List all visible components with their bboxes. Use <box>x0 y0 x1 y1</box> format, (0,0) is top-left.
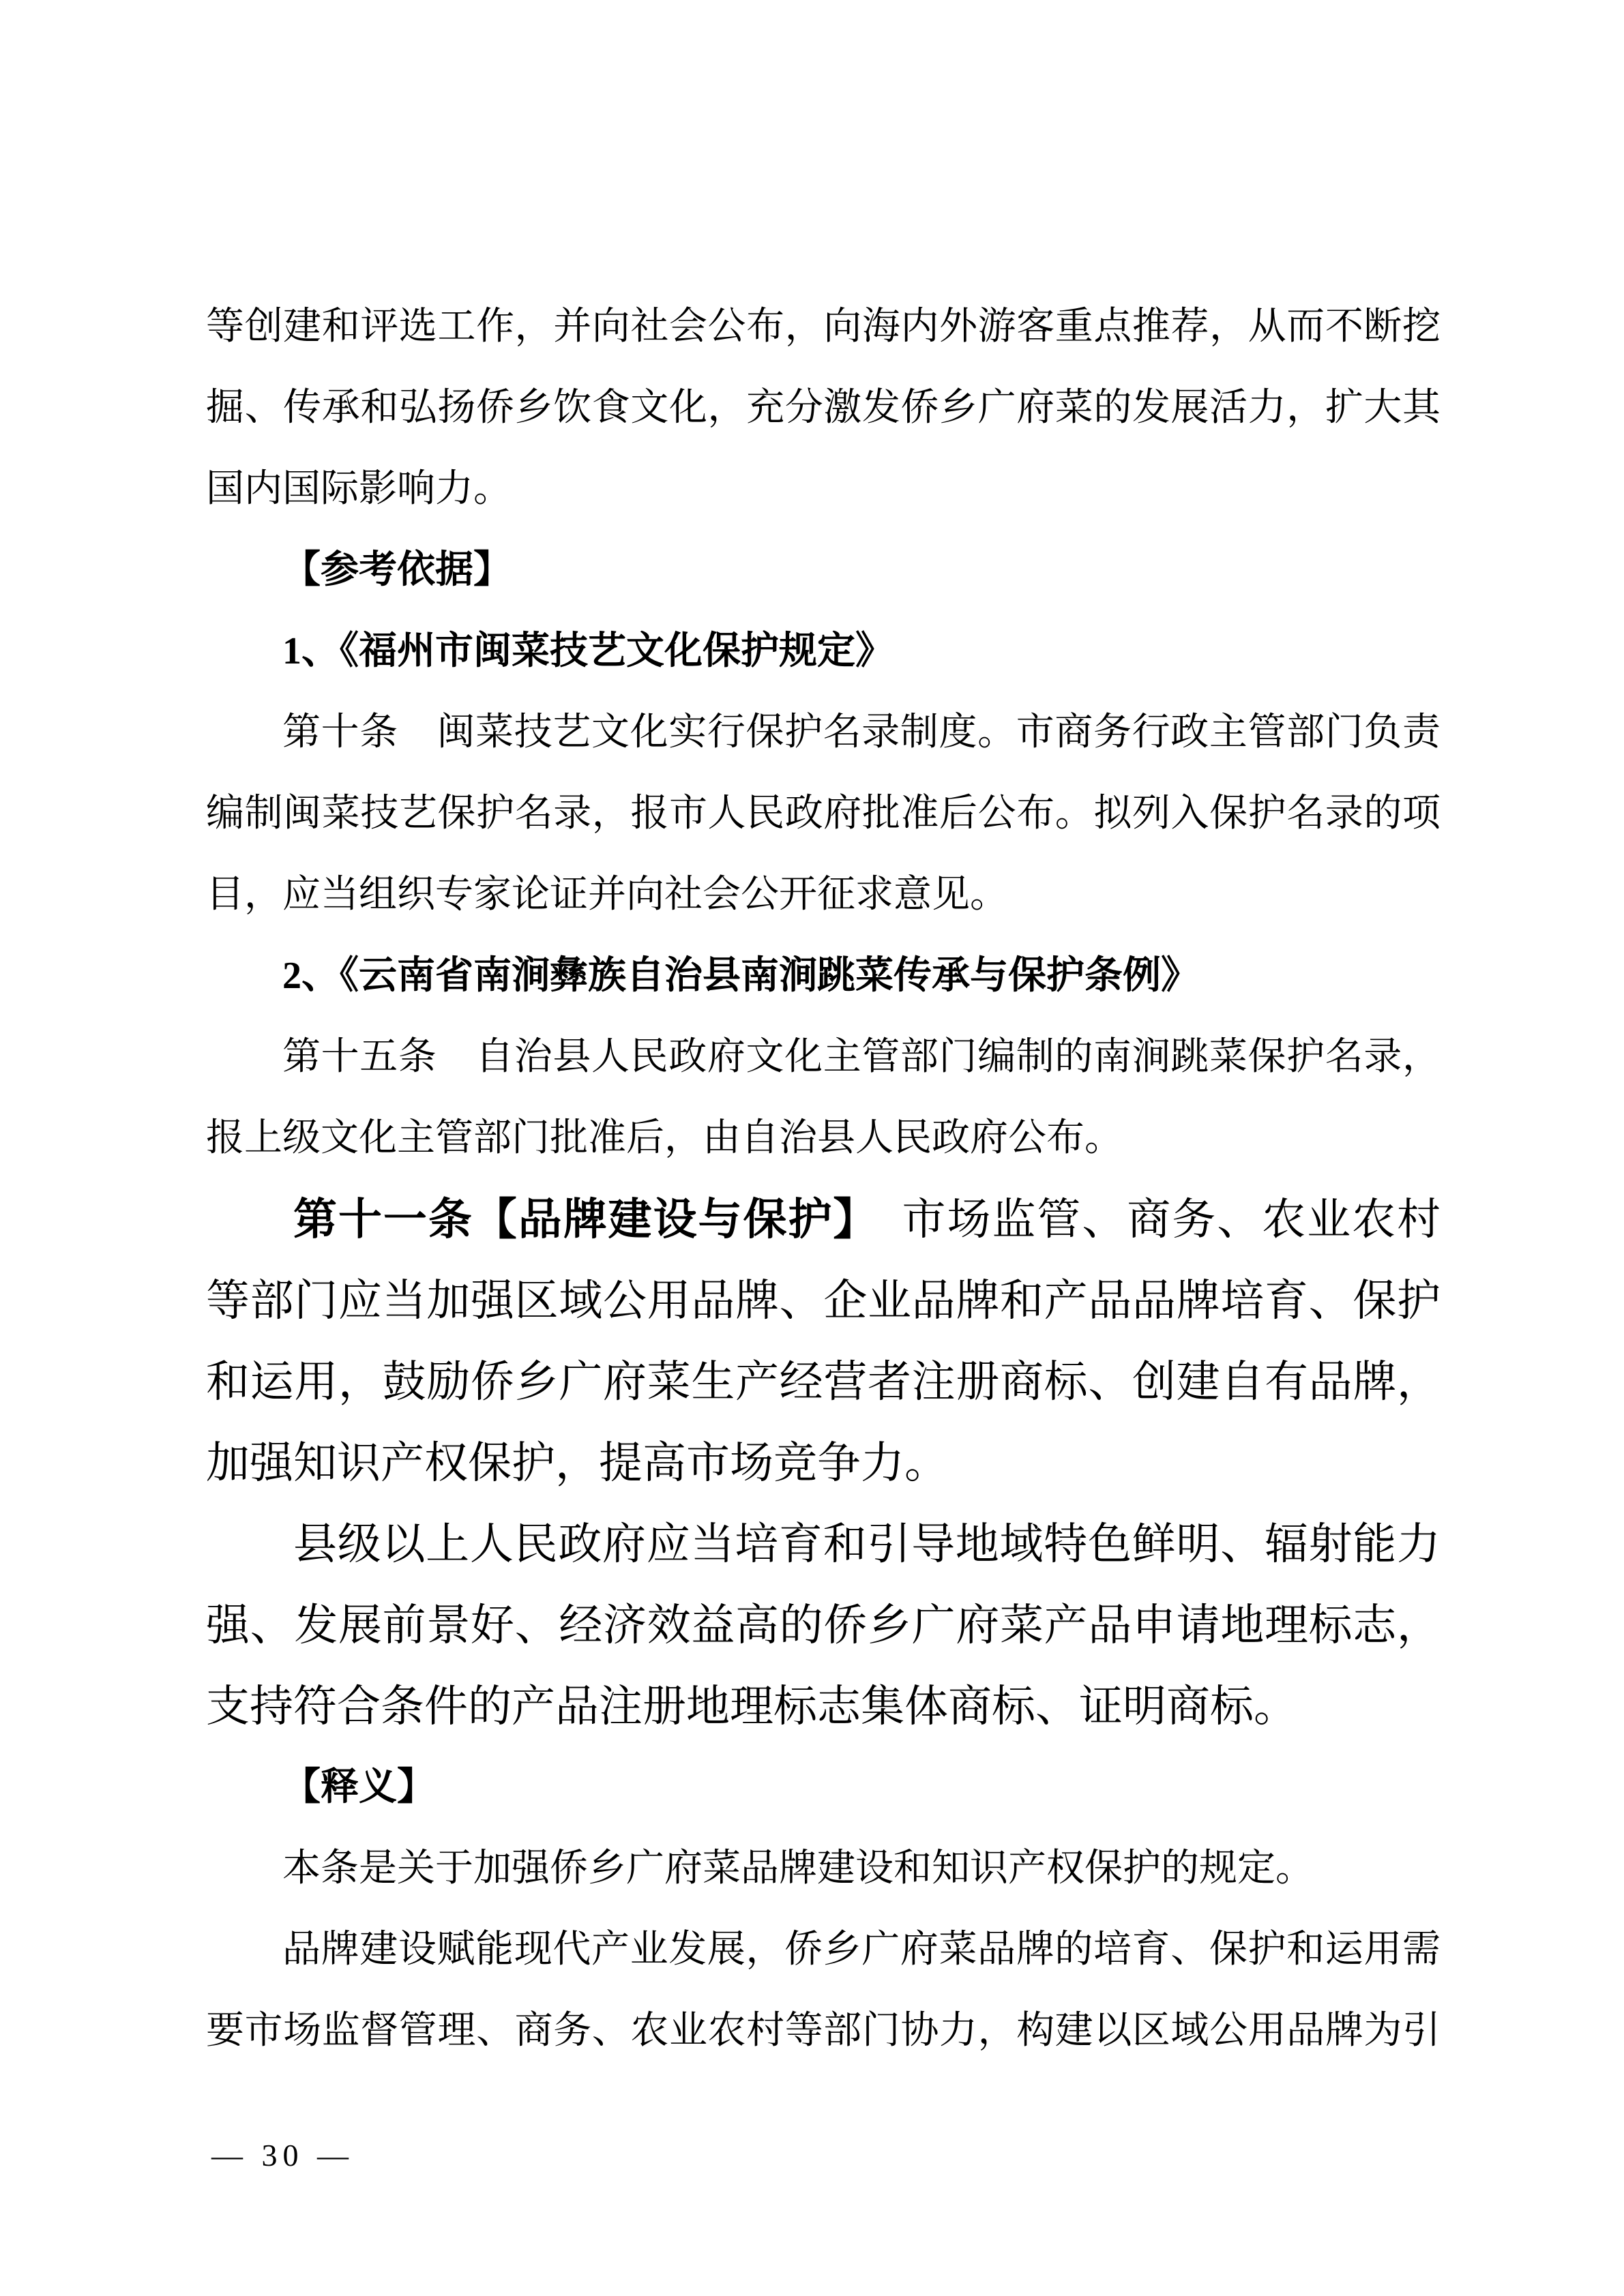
paragraph-line: 等创建和评选工作，并向社会公布，向海内外游客重点推荐，从而不断挖 <box>206 286 1441 368</box>
paragraph-line: 县级以上人民政府应当培育和引导地域特色鲜明、辐射能力 <box>206 1504 1441 1585</box>
paragraph-line: 强、发展前景好、经济效益高的侨乡广府菜产品申请地理标志， <box>206 1585 1441 1666</box>
paragraph-line: 国内国际影响力。 <box>206 449 1441 530</box>
reference-item-2-heading: 2、《云南省南涧彝族自治县南涧跳菜传承与保护条例》 <box>206 936 1441 1017</box>
paragraph-line: 目，应当组织专家论证并向社会公开征求意见。 <box>206 854 1441 936</box>
document-text-block: 等创建和评选工作，并向社会公布，向海内外游客重点推荐，从而不断挖 掘、传承和弘扬… <box>206 286 1441 2072</box>
reference-item-1-heading: 1、《福州市闽菜技艺文化保护规定》 <box>206 611 1441 692</box>
paragraph-line: 编制闽菜技艺保护名录，报市人民政府批准后公布。拟列入保护名录的项 <box>206 773 1441 854</box>
paragraph-line: 掘、传承和弘扬侨乡饮食文化，充分激发侨乡广府菜的发展活力，扩大其 <box>206 368 1441 449</box>
paragraph-line: 品牌建设赋能现代产业发展，侨乡广府菜品牌的培育、保护和运用需 <box>206 1909 1441 1991</box>
paragraph-line: 要市场监督管理、商务、农业农村等部门协力，构建以区域公用品牌为引 <box>206 1991 1441 2072</box>
section-heading-reference-basis: 【参考依据】 <box>206 530 1441 611</box>
article-11-first-line: 第十一条【品牌建设与保护】市场监管、商务、农业农村 <box>206 1179 1441 1260</box>
page-number-footer: — 30 — <box>211 2138 354 2173</box>
section-heading-interpretation: 【释义】 <box>206 1747 1441 1828</box>
paragraph-line: 本条是关于加强侨乡广府菜品牌建设和知识产权保护的规定。 <box>206 1828 1441 1909</box>
paragraph-line: 和运用，鼓励侨乡广府菜生产经营者注册商标、创建自有品牌， <box>206 1341 1441 1422</box>
article-11-title: 第十一条【品牌建设与保护】 <box>293 1195 878 1244</box>
paragraph-line: 支持符合条件的产品注册地理标志集体商标、证明商标。 <box>206 1666 1441 1747</box>
paragraph-line: 报上级文化主管部门批准后，由自治县人民政府公布。 <box>206 1098 1441 1179</box>
paragraph-line: 等部门应当加强区域公用品牌、企业品牌和产品品牌培育、保护 <box>206 1260 1441 1341</box>
article-11-body-start: 市场监管、商务、农业农村 <box>902 1195 1441 1244</box>
paragraph-line: 第十五条 自治县人民政府文化主管部门编制的南涧跳菜保护名录， <box>206 1017 1441 1098</box>
document-page: 等创建和评选工作，并向社会公布，向海内外游客重点推荐，从而不断挖 掘、传承和弘扬… <box>0 0 1624 2296</box>
paragraph-line: 加强知识产权保护，提高市场竞争力。 <box>206 1422 1441 1504</box>
paragraph-line: 第十条 闽菜技艺文化实行保护名录制度。市商务行政主管部门负责 <box>206 692 1441 773</box>
